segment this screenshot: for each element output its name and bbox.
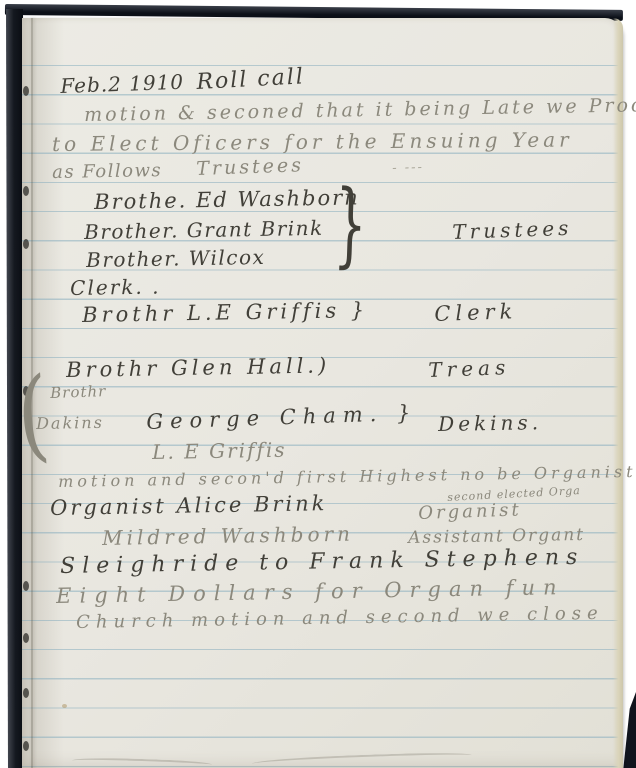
scanned-notebook-photo: { "document": { "kind": "handwritten-min…	[0, 0, 636, 768]
handwritten-line: Dekins.	[438, 412, 542, 434]
stitch-hole	[23, 688, 29, 698]
page-stack-edge	[613, 18, 623, 768]
handwritten-line: Trustees	[452, 218, 573, 242]
handwritten-line: Treas	[428, 357, 511, 380]
paper-stain	[62, 704, 67, 708]
handwritten-line: Organist	[418, 501, 522, 523]
handwritten-line: Brothr L.E Griffis }	[82, 300, 368, 326]
stitch-hole	[23, 86, 29, 96]
handwritten-line: Clerk	[434, 301, 518, 325]
handwritten-line: Eight Dollars for Organ fun	[56, 577, 565, 607]
stitch-hole	[23, 741, 29, 751]
bleed-through-mark	[72, 757, 212, 768]
handwritten-line: Mildred Washborn	[102, 524, 354, 548]
handwritten-line: Brothe. Ed Washborn	[94, 187, 360, 213]
handwritten-line: Church motion and second we close	[76, 605, 604, 632]
handwritten-line: Sleighride to Frank Stephens	[60, 547, 585, 578]
handwritten-line: - ---	[392, 161, 424, 175]
handwritten-line: Assistant Organt	[408, 527, 585, 547]
handwritten-line: Roll call	[196, 66, 305, 94]
handwritten-line: as Follows	[52, 162, 162, 182]
handwritten-line: }	[333, 178, 368, 271]
stitch-hole	[23, 633, 29, 643]
stitch-hole	[23, 239, 29, 249]
handwritten-line: Brothr	[50, 384, 107, 401]
book-cover-bottom-right-edge	[622, 692, 636, 768]
handwritten-line: L. E Griffis	[152, 440, 287, 462]
handwritten-line: Brother. Wilcox	[86, 247, 265, 270]
notebook-page: Feb.2 1910Roll callmotion & seconed that…	[22, 18, 623, 768]
handwritten-line: Dakins	[36, 415, 104, 432]
handwritten-line: to Elect Oficers for the Ensuing Year	[52, 129, 573, 154]
handwritten-line: Brothr Glen Hall.)	[66, 355, 330, 381]
bleed-through-mark	[252, 751, 472, 768]
handwritten-line: Trustees	[196, 156, 304, 179]
stitch-hole	[23, 186, 29, 196]
handwritten-line: motion & seconed that it being Late we P…	[84, 96, 636, 125]
stitch-hole	[23, 581, 29, 591]
handwritten-line: Organist Alice Brink	[50, 493, 328, 519]
handwritten-line: George Cham. }	[146, 403, 418, 433]
handwritten-line: Feb.2 1910	[60, 72, 184, 96]
handwritten-line: Clerk. .	[70, 276, 161, 298]
handwritten-line: Brother. Grant Brink	[84, 218, 324, 242]
